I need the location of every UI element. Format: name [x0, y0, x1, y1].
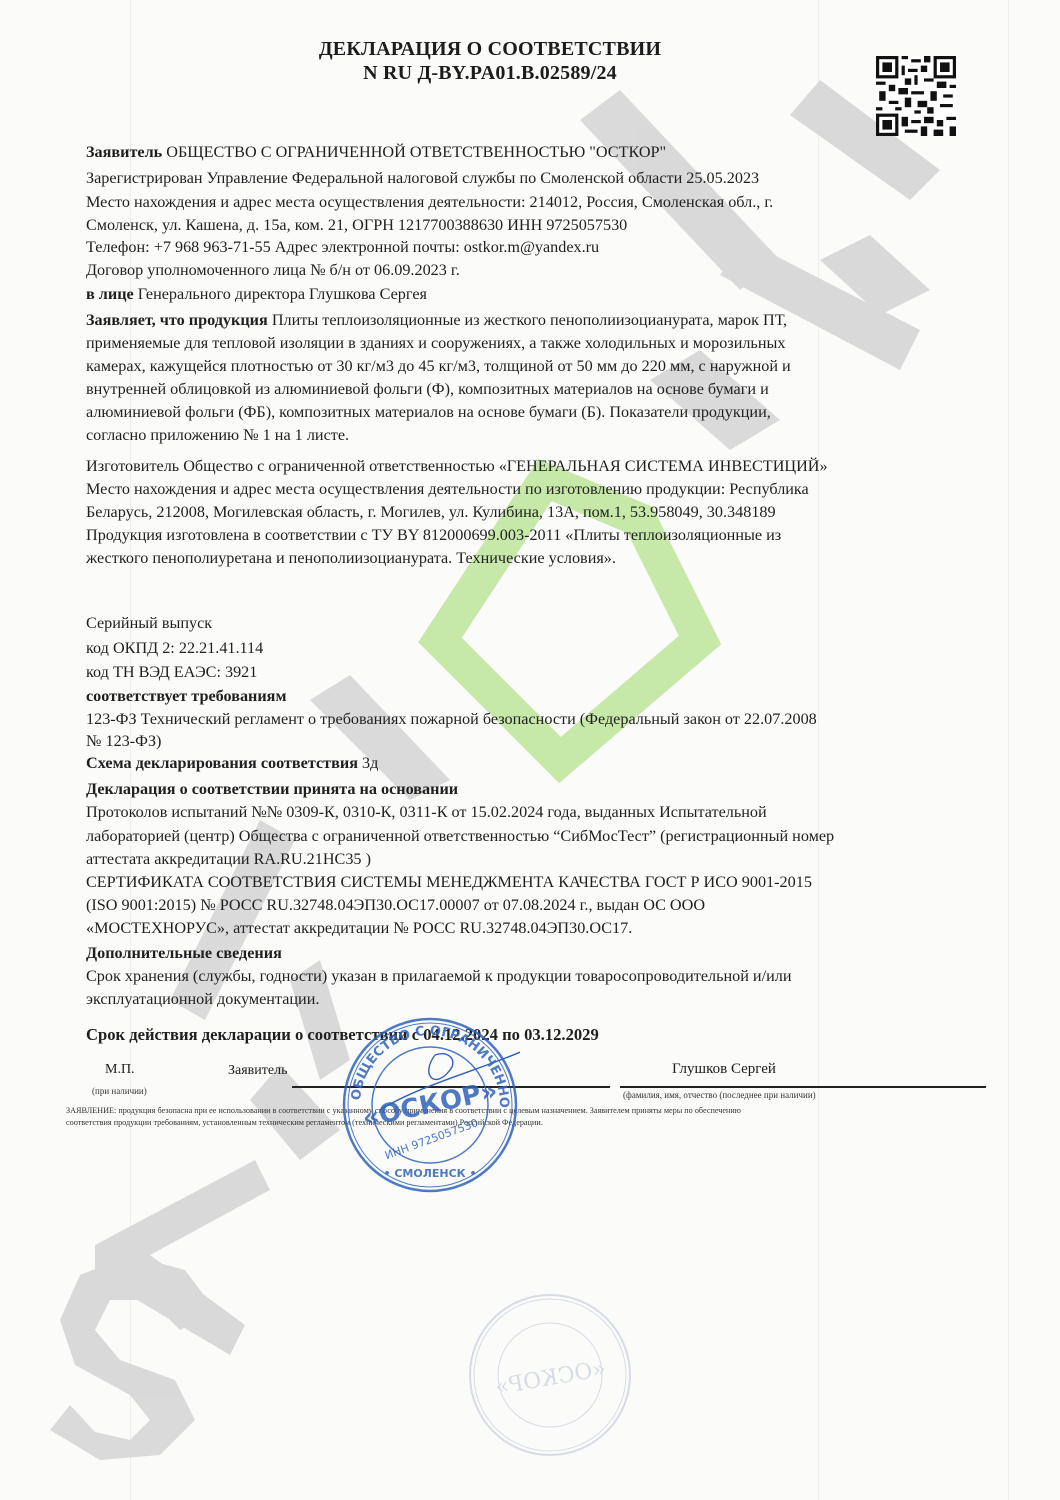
scheme-line: Схема декларирования соответствия 3д [86, 752, 378, 774]
stamp-city: • СМОЛЕНСК • [383, 1167, 476, 1180]
requirements-label: соответствует требованиям [86, 685, 286, 707]
representative-name: Генерального директора Глушкова Сергея [138, 285, 427, 303]
declaration-number: N RU Д-BY.PA01.B.02589/24 [0, 62, 980, 85]
qr-code-icon[interactable] [876, 56, 956, 136]
okpd-code: код ОКПД 2: 22.21.41.114 [86, 637, 263, 659]
stamp-center-text: «ОСКОР» [360, 1076, 500, 1134]
applicant-address-1: Место нахождения и адрес места осуществл… [86, 191, 773, 213]
product-line-1: Заявляет, что продукция Плиты теплоизоля… [86, 309, 787, 331]
product-line-3: камерах, кажущейся плотностью от 30 кг/м… [86, 355, 791, 377]
signer-role-label: Заявитель [228, 1063, 287, 1079]
manufacturer-line-2: Место нахождения и адрес места осуществл… [86, 478, 809, 500]
name-line [620, 1086, 986, 1088]
manufacturer-line-1: Изготовитель Общество с ограниченной отв… [86, 455, 828, 477]
applicant-label: Заявитель [86, 143, 162, 161]
serial-release: Серийный выпуск [86, 612, 212, 634]
manufacturer-line-5: жесткого пенополиуретана и пенополиизоци… [86, 547, 616, 569]
basis-label: Декларация о соответствии принята на осн… [86, 778, 458, 800]
applicant-registered: Зарегистрирован Управление Федеральной н… [86, 167, 759, 189]
requirements-line-2: № 123-ФЗ) [86, 730, 161, 752]
applicant-line: Заявитель ОБЩЕСТВО С ОГРАНИЧЕННОЙ ОТВЕТС… [86, 141, 666, 163]
seal-place-note: (при наличии) [92, 1086, 147, 1096]
applicant-representative: в лице Генерального директора Глушкова С… [86, 283, 427, 305]
document-title: ДЕКЛАРАЦИЯ О СООТВЕТСТВИИ [0, 38, 980, 61]
requirements-line-1: 123-ФЗ Технический регламент о требовани… [86, 708, 817, 730]
product-line-6: согласно приложению № 1 на 1 листе. [86, 424, 349, 446]
product-line-2: применяемые для тепловой изоляции в здан… [86, 332, 785, 354]
product-line-4: внутренней облицовкой из алюминиевой фол… [86, 378, 769, 400]
scheme-label: Схема декларирования соответствия [86, 754, 358, 772]
product-line-5: алюминиевой фольги (ФБ), композитных мат… [86, 401, 771, 423]
representative-label: в лице [86, 285, 134, 303]
basis-line-1: Протоколов испытаний №№ 0309-К, 0310-К, … [86, 801, 767, 823]
manufacturer-line-4: Продукция изготовлена в соответствии с Т… [86, 524, 781, 546]
applicant-contract: Договор уполномоченного лица № б/н от 06… [86, 259, 460, 281]
additional-label: Дополнительные сведения [86, 942, 282, 964]
applicant-name: ОБЩЕСТВО С ОГРАНИЧЕННОЙ ОТВЕТСТВЕННОСТЬЮ… [166, 143, 666, 161]
document-page: ДЕКЛАРАЦИЯ О СООТВЕТСТВИИ N RU Д-BY.PA01… [0, 0, 1060, 1500]
applicant-contacts: Телефон: +7 968 963-71-55 Адрес электрон… [86, 236, 599, 258]
additional-line-2: эксплуатационной документации. [86, 988, 319, 1010]
faded-stamp-bleedthrough: «ОСКОР» [465, 1290, 635, 1460]
applicant-address-2: Смоленск, ул. Кашена, д. 15а, ком. 21, О… [86, 214, 627, 236]
scan-artifact [818, 0, 819, 1500]
tnved-code: код ТН ВЭД ЕАЭС: 3921 [86, 661, 257, 683]
manufacturer-line-3: Беларусь, 212008, Могилевская область, г… [86, 501, 776, 523]
basis-line-3: аттестата аккредитации RA.RU.21НС35 ) [86, 848, 371, 870]
scheme-value: 3д [362, 754, 378, 772]
basis-line-4: СЕРТИФИКАТА СООТВЕТСТВИЯ СИСТЕМЫ МЕНЕДЖМ… [86, 871, 812, 893]
additional-line-1: Срок хранения (службы, годности) указан … [86, 965, 792, 987]
product-label: Заявляет, что продукция [86, 311, 268, 329]
company-stamp: ОБЩЕСТВО С ОГРАНИЧЕННОЙ ОТВЕТСТВЕННОСТЬЮ… [340, 1015, 520, 1195]
faded-stamp-text: «ОСКОР» [493, 1356, 607, 1400]
basis-line-2: лабораторией (центр) Общества с ограниче… [86, 825, 834, 847]
seal-place-label: М.П. [105, 1062, 135, 1078]
signer-name: Глушков Сергей [672, 1061, 776, 1078]
scan-artifact [1008, 0, 1009, 1500]
basis-line-5: (ISO 9001:2015) № РОСС RU.32748.04ЭП30.О… [86, 894, 705, 916]
basis-line-6: «МОСТЕХНОРУС», аттестат аккредитации № Р… [86, 917, 632, 939]
signer-name-note: (фамилия, имя, отчество (последнее при н… [623, 1090, 816, 1100]
